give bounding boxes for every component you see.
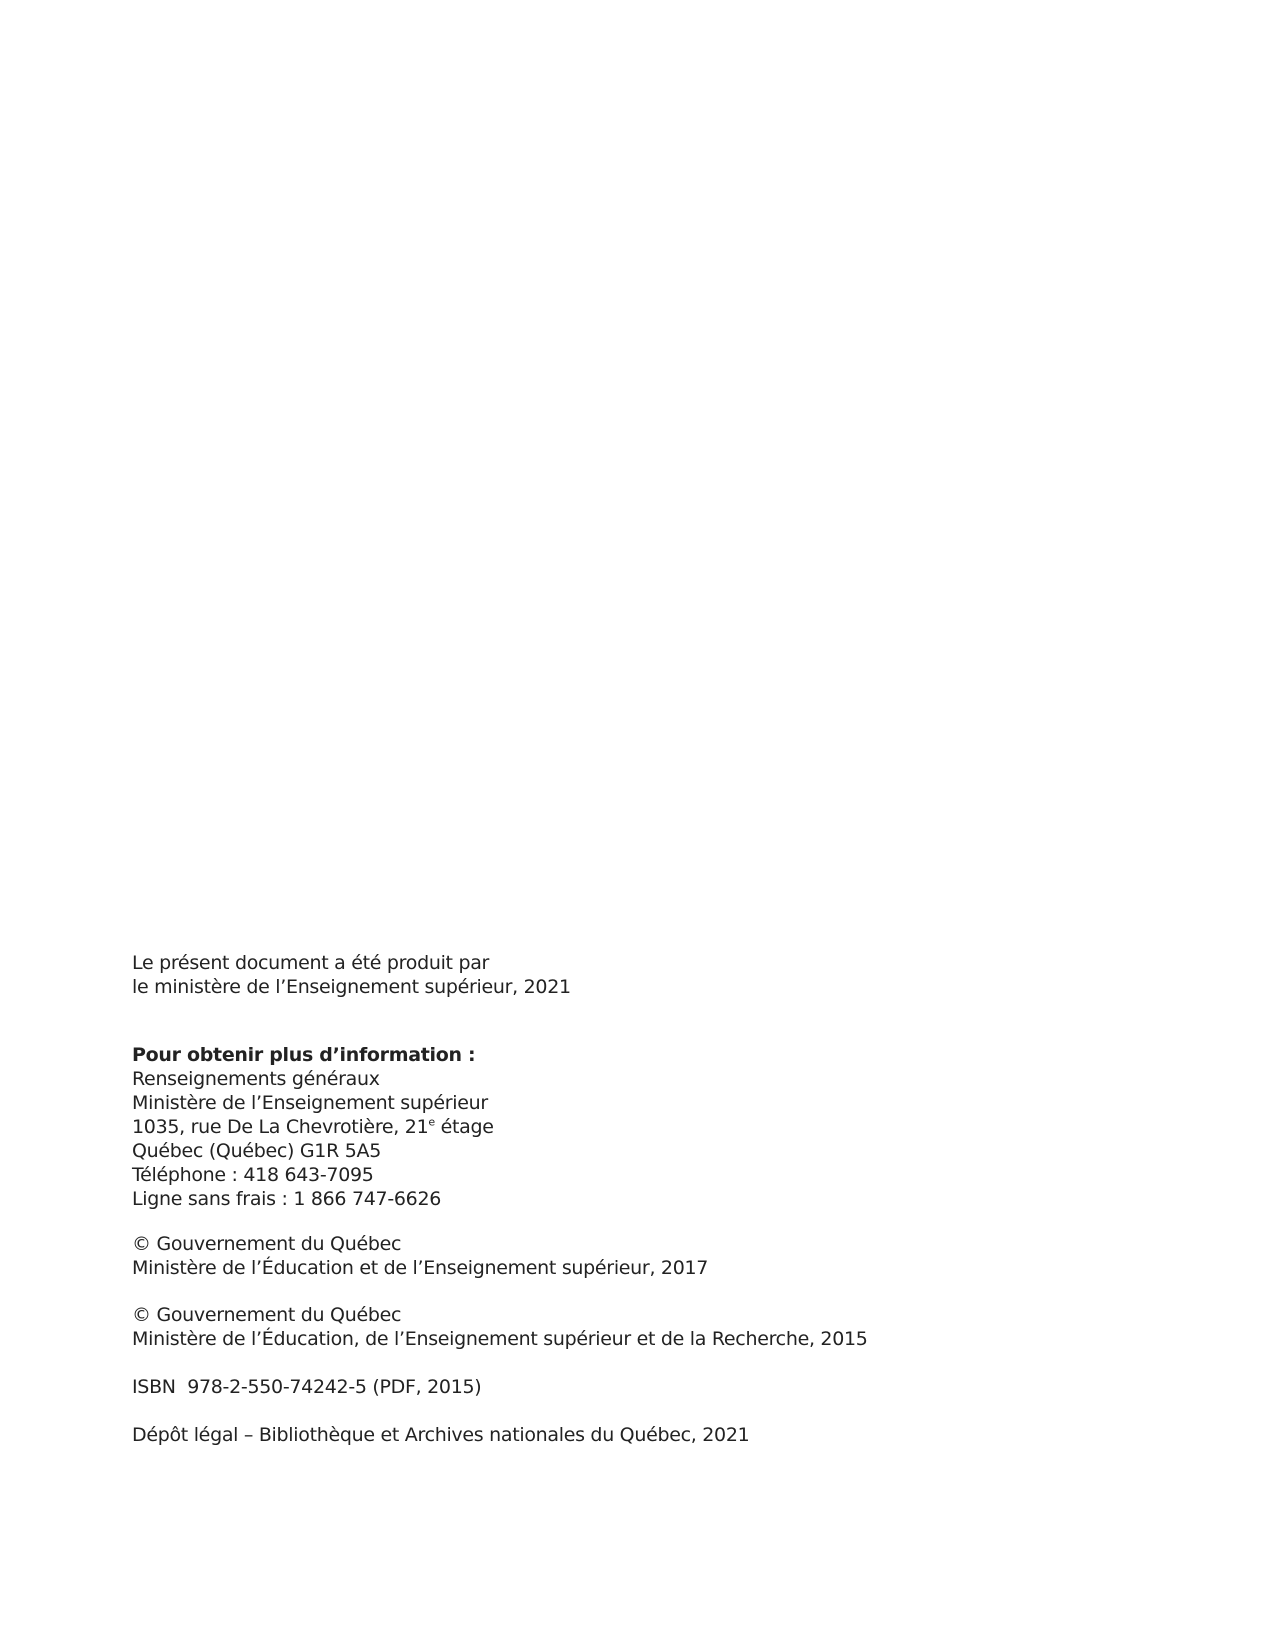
copyright-2017: © Gouvernement du Québec Ministère de l’… bbox=[132, 1232, 708, 1280]
contact-toll-free: Ligne sans frais : 1 866 747-6626 bbox=[132, 1187, 494, 1211]
contact-address-street: 1035, rue De La Chevrotière, 21e étage bbox=[132, 1115, 494, 1139]
document-page: Le présent document a été produit par le… bbox=[0, 0, 1275, 1650]
isbn: ISBN 978-2-550-74242-5 (PDF, 2015) bbox=[132, 1375, 481, 1399]
contact-heading: Pour obtenir plus d’information : bbox=[132, 1043, 494, 1067]
legal-deposit: Dépôt légal – Bibliothèque et Archives n… bbox=[132, 1423, 749, 1447]
contact-information: Pour obtenir plus d’information : Rensei… bbox=[132, 1043, 494, 1211]
production-line-1: Le présent document a été produit par bbox=[132, 951, 571, 975]
contact-city: Québec (Québec) G1R 5A5 bbox=[132, 1139, 494, 1163]
floor-text: étage bbox=[435, 1116, 494, 1138]
contact-ministry: Ministère de l’Enseignement supérieur bbox=[132, 1091, 494, 1115]
contact-phone: Téléphone : 418 643-7095 bbox=[132, 1163, 494, 1187]
copyright-2015-line-2: Ministère de l’Éducation, de l’Enseignem… bbox=[132, 1327, 868, 1351]
production-line-2: le ministère de l’Enseignement supérieur… bbox=[132, 975, 571, 999]
copyright-2015: © Gouvernement du Québec Ministère de l’… bbox=[132, 1303, 868, 1351]
street-text: 1035, rue De La Chevrotière, 21 bbox=[132, 1116, 428, 1138]
copyright-2015-line-1: © Gouvernement du Québec bbox=[132, 1303, 868, 1327]
legal-deposit-text: Dépôt légal – Bibliothèque et Archives n… bbox=[132, 1423, 749, 1447]
copyright-2017-line-1: © Gouvernement du Québec bbox=[132, 1232, 708, 1256]
contact-service: Renseignements généraux bbox=[132, 1067, 494, 1091]
copyright-2017-line-2: Ministère de l’Éducation et de l’Enseign… bbox=[132, 1256, 708, 1280]
production-credit: Le présent document a été produit par le… bbox=[132, 951, 571, 999]
isbn-text: ISBN 978-2-550-74242-5 (PDF, 2015) bbox=[132, 1375, 481, 1399]
